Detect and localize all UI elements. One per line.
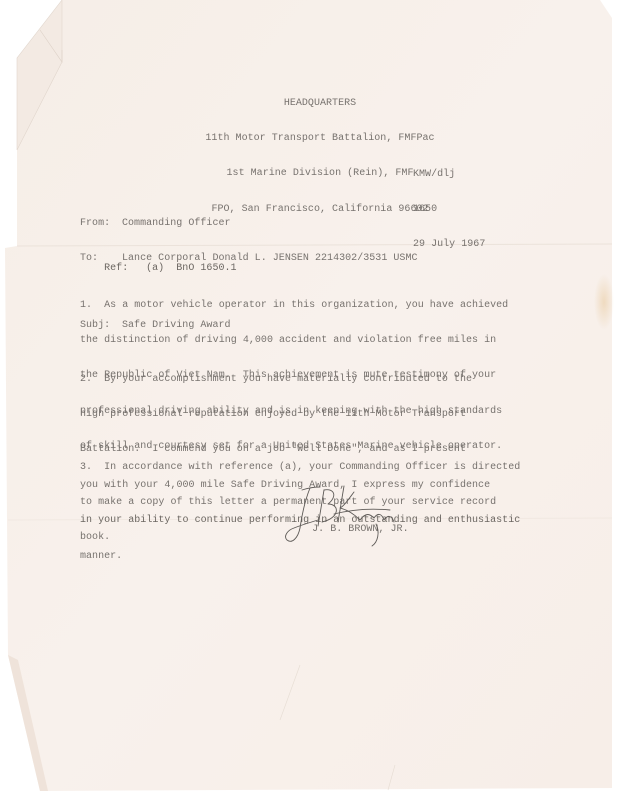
reference-code-block: KMW/dlj 1650 29 July 1967 (413, 145, 485, 275)
paragraph-line: high professional reputation enjoyed by … (80, 409, 520, 421)
paragraph-line: 3. In accordance with reference (a), you… (80, 462, 520, 474)
paragraph-line: 2. By your accomplishment you have mater… (80, 374, 520, 386)
paragraph-line: 1. As a motor vehicle operator in this o… (80, 300, 508, 312)
paragraph-line: the distinction of driving 4,000 acciden… (80, 335, 508, 347)
reference-value: (a) BnO 1650.1 (146, 263, 236, 274)
file-number: 1650 (413, 204, 485, 216)
letter-date: 29 July 1967 (413, 239, 485, 251)
reference-initials: KMW/dlj (413, 169, 485, 181)
from-label: From: (80, 218, 122, 230)
from-value: Commanding Officer (122, 218, 231, 229)
letter-document: HEADQUARTERS 11th Motor Transport Battal… (0, 0, 620, 808)
from-line: From:Commanding Officer (80, 218, 418, 230)
reference-label: Ref: (104, 263, 146, 275)
letterhead-title: HEADQUARTERS (170, 98, 470, 110)
letterhead-unit: 11th Motor Transport Battalion, FMFPac (170, 133, 470, 145)
handwritten-signature (280, 484, 400, 548)
